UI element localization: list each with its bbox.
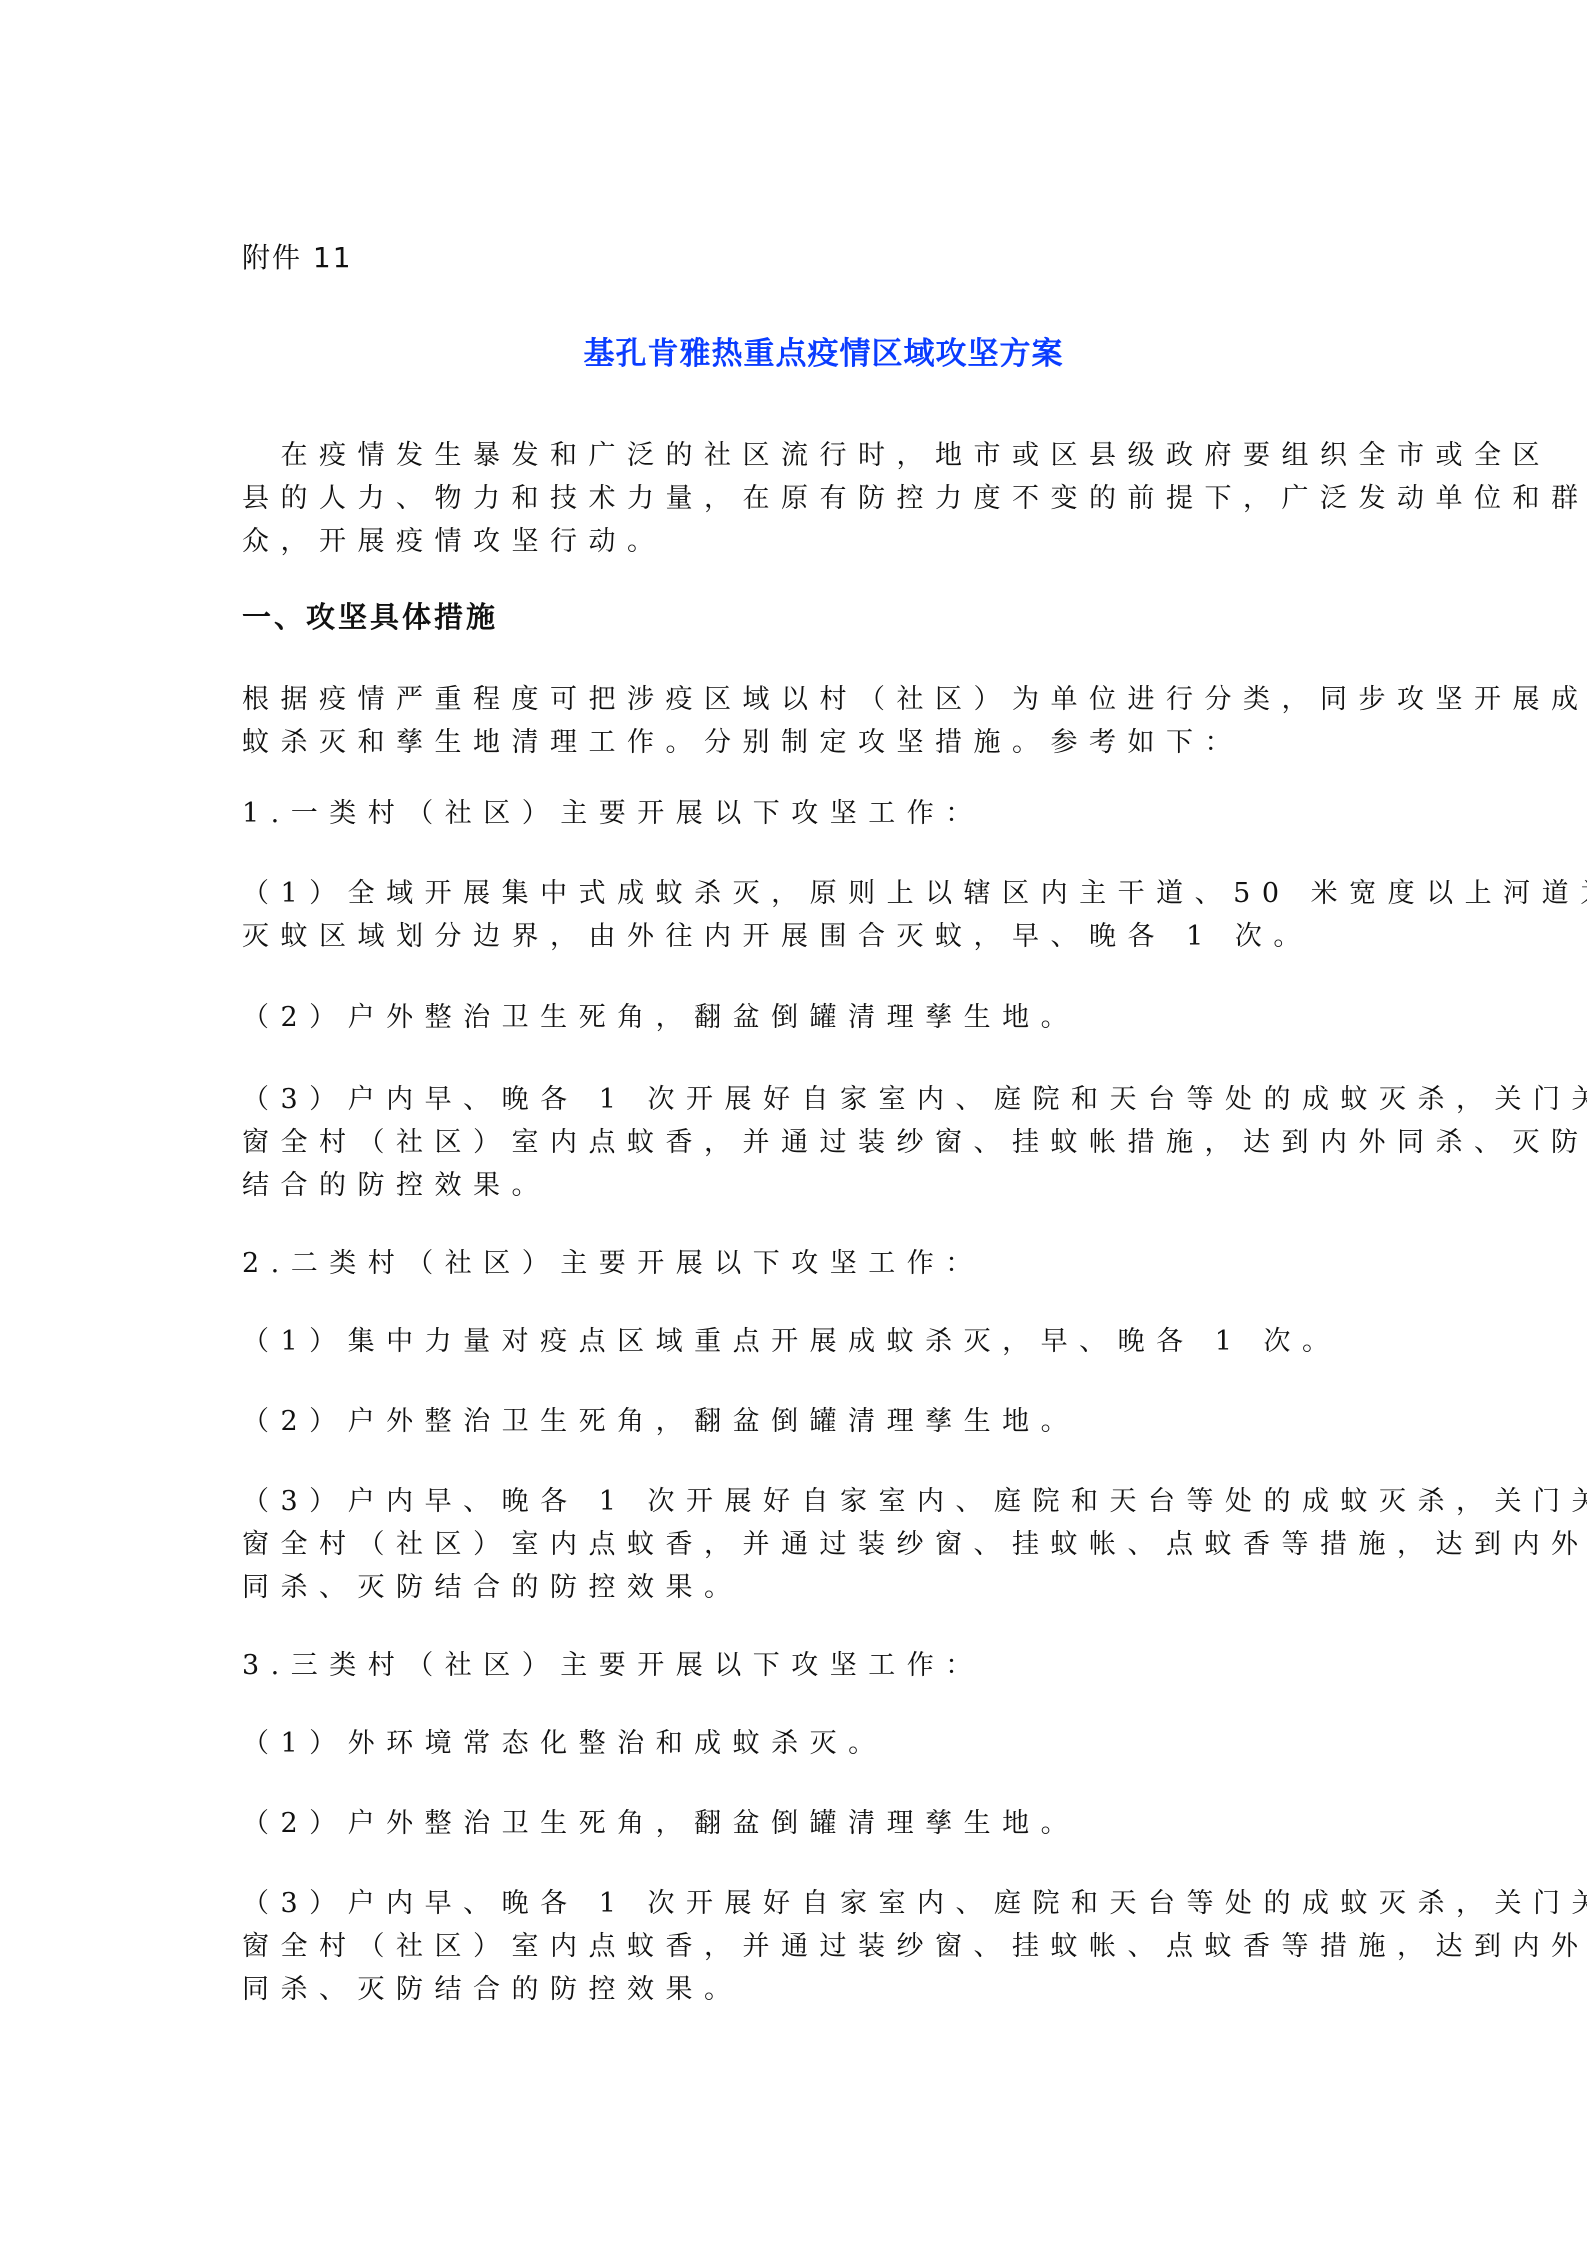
item-line: 窗全村（社区）室内点蚊香，并通过装纱窗、挂蚊帐措施，达到内外同杀、灭防 [242, 1121, 1352, 1164]
item-line: （2）户外整治卫生死角，翻盆倒罐清理孳生地。 [242, 1400, 1352, 1443]
item-line: 灭蚊区域划分边界，由外往内开展围合灭蚊，早、晚各 1 次。 [242, 915, 1352, 958]
category-3-item-1: （1）外环境常态化整治和成蚊杀灭。 [242, 1722, 1352, 1765]
intro-line: 众，开展疫情攻坚行动。 [242, 520, 1352, 563]
item-line: （3）户内早、晚各 1 次开展好自家室内、庭院和天台等处的成蚊灭杀，关门关 [242, 1480, 1352, 1523]
item-line: 窗全村（社区）室内点蚊香，并通过装纱窗、挂蚊帐、点蚊香等措施，达到内外 [242, 1925, 1352, 1968]
category-2-item-1: （1）集中力量对疫点区域重点开展成蚊杀灭，早、晚各 1 次。 [242, 1320, 1352, 1363]
category-1-label: 1.一类村（社区）主要开展以下攻坚工作： [242, 792, 1352, 835]
category-1-item-3: （3）户内早、晚各 1 次开展好自家室内、庭院和天台等处的成蚊灭杀，关门关 窗全… [242, 1078, 1352, 1207]
item-line: （1）全域开展集中式成蚊杀灭，原则上以辖区内主干道、50 米宽度以上河道为 [242, 872, 1352, 915]
category-2-item-3: （3）户内早、晚各 1 次开展好自家室内、庭院和天台等处的成蚊灭杀，关门关 窗全… [242, 1480, 1352, 1609]
category-2-item-2: （2）户外整治卫生死角，翻盆倒罐清理孳生地。 [242, 1400, 1352, 1443]
category-3-item-3: （3）户内早、晚各 1 次开展好自家室内、庭院和天台等处的成蚊灭杀，关门关 窗全… [242, 1882, 1352, 2011]
item-line: 同杀、灭防结合的防控效果。 [242, 1566, 1352, 1609]
section-heading: 一、攻坚具体措施 [242, 596, 1352, 639]
item-line: 同杀、灭防结合的防控效果。 [242, 1968, 1352, 2011]
category-3-label: 3.三类村（社区）主要开展以下攻坚工作： [242, 1644, 1352, 1687]
intro-paragraph: 在疫情发生暴发和广泛的社区流行时，地市或区县级政府要组织全市或全区 县的人力、物… [242, 434, 1352, 563]
item-line: （1）集中力量对疫点区域重点开展成蚊杀灭，早、晚各 1 次。 [242, 1320, 1352, 1363]
item-line: （3）户内早、晚各 1 次开展好自家室内、庭院和天台等处的成蚊灭杀，关门关 [242, 1078, 1352, 1121]
attachment-label: 附件 11 [242, 236, 1352, 279]
section-intro-paragraph: 根据疫情严重程度可把涉疫区域以村（社区）为单位进行分类，同步攻坚开展成 蚊杀灭和… [242, 678, 1352, 764]
intro-line: 在疫情发生暴发和广泛的社区流行时，地市或区县级政府要组织全市或全区 [242, 434, 1352, 477]
document-page: 附件 11 基孔肯雅热重点疫情区域攻坚方案 在疫情发生暴发和广泛的社区流行时，地… [0, 0, 1587, 2245]
item-line: （1）外环境常态化整治和成蚊杀灭。 [242, 1722, 1352, 1765]
category-2-label: 2.二类村（社区）主要开展以下攻坚工作： [242, 1242, 1352, 1285]
category-1-item-2: （2）户外整治卫生死角，翻盆倒罐清理孳生地。 [242, 996, 1352, 1039]
section-intro-line: 根据疫情严重程度可把涉疫区域以村（社区）为单位进行分类，同步攻坚开展成 [242, 678, 1352, 721]
category-1-item-1: （1）全域开展集中式成蚊杀灭，原则上以辖区内主干道、50 米宽度以上河道为 灭蚊… [242, 872, 1352, 958]
item-line: 结合的防控效果。 [242, 1164, 1352, 1207]
item-line: （2）户外整治卫生死角，翻盆倒罐清理孳生地。 [242, 1802, 1352, 1845]
document-title: 基孔肯雅热重点疫情区域攻坚方案 [0, 328, 1587, 373]
category-3-item-2: （2）户外整治卫生死角，翻盆倒罐清理孳生地。 [242, 1802, 1352, 1845]
section-intro-line: 蚊杀灭和孳生地清理工作。分别制定攻坚措施。参考如下： [242, 721, 1352, 764]
item-line: （2）户外整治卫生死角，翻盆倒罐清理孳生地。 [242, 996, 1352, 1039]
intro-line: 县的人力、物力和技术力量，在原有防控力度不变的前提下，广泛发动单位和群 [242, 477, 1352, 520]
item-line: （3）户内早、晚各 1 次开展好自家室内、庭院和天台等处的成蚊灭杀，关门关 [242, 1882, 1352, 1925]
item-line: 窗全村（社区）室内点蚊香，并通过装纱窗、挂蚊帐、点蚊香等措施，达到内外 [242, 1523, 1352, 1566]
